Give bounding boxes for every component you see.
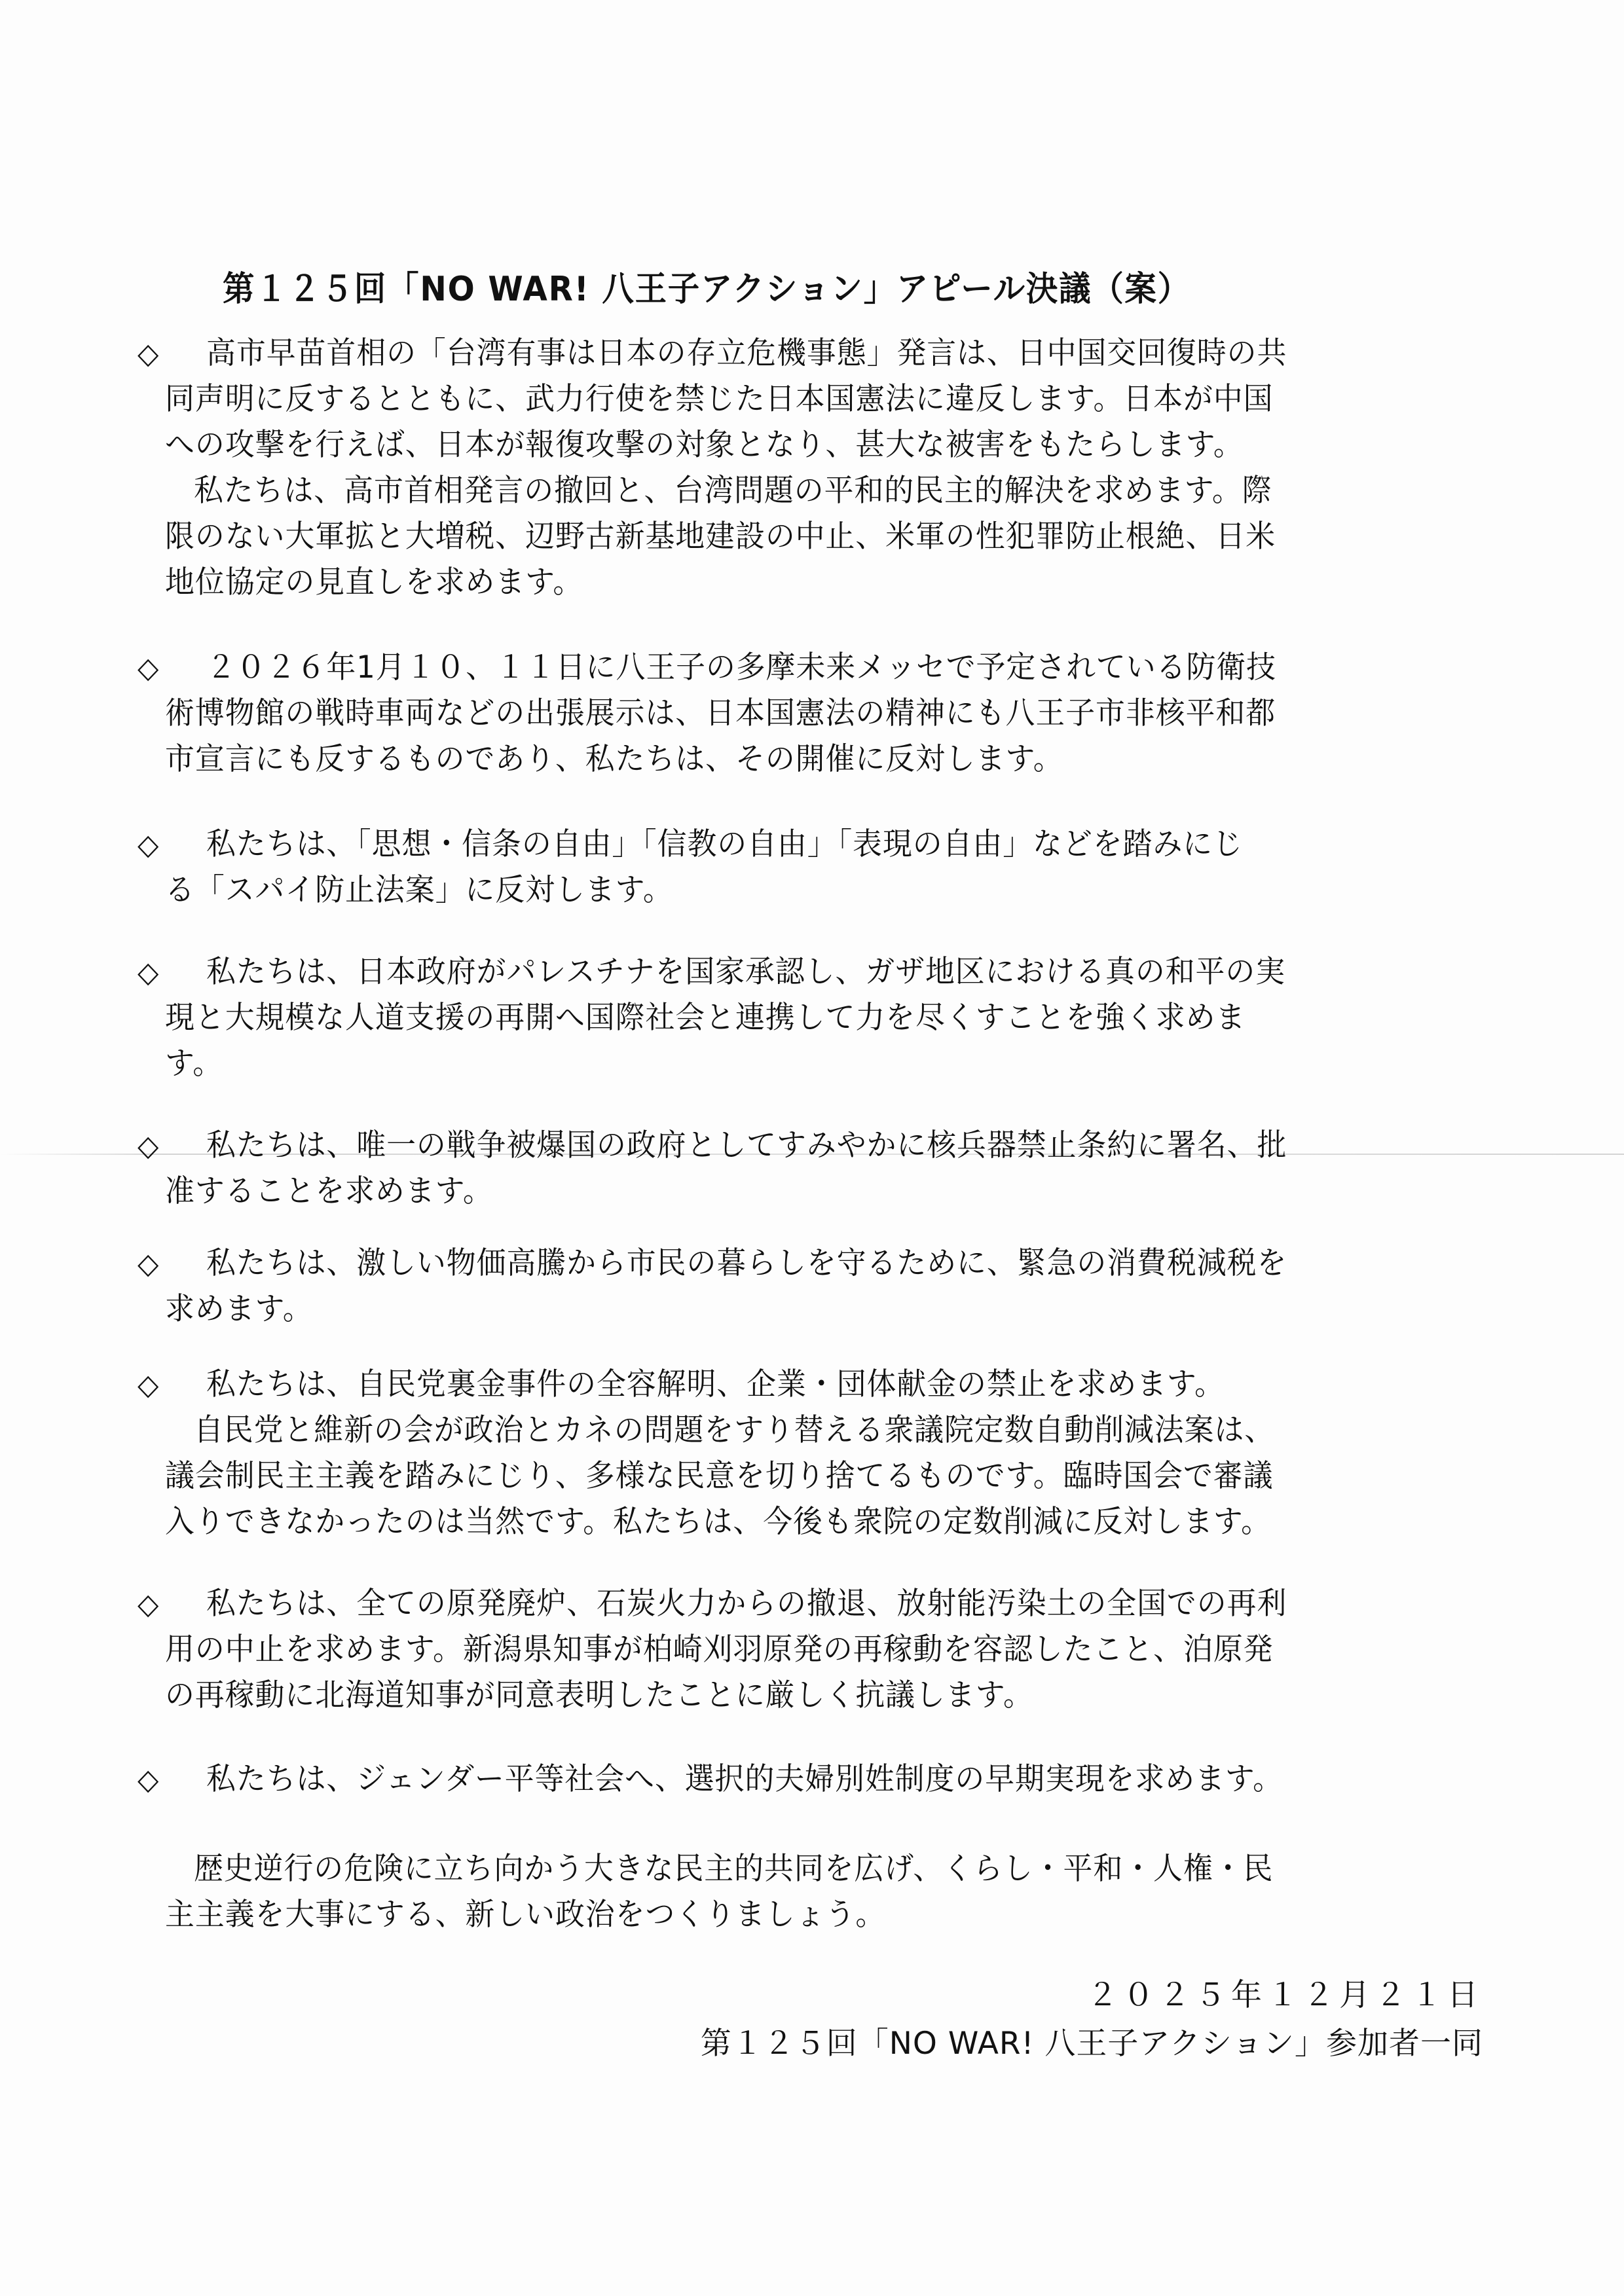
- item-line: 現と大規模な人道支援の再開へ国際社会と連携して力を尽くすことを強く求めま: [138, 995, 1426, 1041]
- item-line: 求めます。: [138, 1286, 1426, 1332]
- document-title: 第１２５回「NO WAR! 八王子アクション」アピール決議（案）: [223, 266, 1356, 312]
- item-line: 私たちは、高市首相発言の撤回と、台湾問題の平和的民主的解決を求めます。際: [138, 468, 1426, 514]
- resolution-item-2: ◇２０２６年1月１０、１１日に八王子の多摩未来メッセで予定されている防衛技 術博…: [138, 645, 1486, 782]
- diamond-bullet-icon: ◇: [138, 1757, 175, 1803]
- item-line: る「スパイ防止法案」に反対します。: [138, 867, 1426, 913]
- diamond-bullet-icon: ◇: [138, 1582, 175, 1628]
- item-line: への攻撃を行えば、日本が報復攻撃の対象となり、甚大な被害をもたらします。: [138, 422, 1426, 468]
- item-line: 地位協定の見直しを求めます。: [138, 560, 1426, 606]
- resolution-item-6: ◇私たちは、激しい物価高騰から市民の暮らしを守るために、緊急の消費税減税を 求め…: [138, 1241, 1486, 1332]
- item-line: 自民党と維新の会が政治とカネの問題をすり替える衆議院定数自動削減法案は、: [138, 1408, 1426, 1453]
- resolution-item-1: ◇高市早苗首相の「台湾有事は日本の存立危機事態」発言は、日中国交回復時の共 同声…: [138, 331, 1486, 606]
- item-line: ◇私たちは、全ての原発廃炉、石炭火力からの撤退、放射能汚染土の全国での再利: [138, 1581, 1426, 1627]
- item-line: の再稼動に北海道知事が同意表明したことに厳しく抗議します。: [138, 1673, 1426, 1719]
- diamond-bullet-icon: ◇: [138, 1241, 175, 1287]
- item-line: 用の中止を求めます。新潟県知事が柏崎刈羽原発の再稼動を容認したこと、泊原発: [138, 1627, 1426, 1673]
- diamond-bullet-icon: ◇: [138, 950, 175, 996]
- item-line: ◇私たちは、唯一の戦争被爆国の政府としてすみやかに核兵器禁止条約に署名、批: [138, 1123, 1426, 1169]
- item-line: す。: [138, 1041, 1426, 1087]
- diamond-bullet-icon: ◇: [138, 822, 175, 868]
- resolution-item-4: ◇私たちは、日本政府がパレスチナを国家承認し、ガザ地区における真の和平の実 現と…: [138, 949, 1486, 1087]
- diamond-bullet-icon: ◇: [138, 646, 175, 691]
- item-line: 議会制民主主義を踏みにじり、多様な民意を切り捨てるものです。臨時国会で審議: [138, 1453, 1426, 1499]
- resolution-item-5: ◇私たちは、唯一の戦争被爆国の政府としてすみやかに核兵器禁止条約に署名、批 准す…: [138, 1123, 1486, 1214]
- diamond-bullet-icon: ◇: [138, 331, 175, 377]
- signature-date: ２０２５年１２月２１日: [1087, 1972, 1483, 2019]
- document-page: 第１２５回「NO WAR! 八王子アクション」アピール決議（案） ◇高市早苗首相…: [0, 0, 1624, 2296]
- item-line: ◇２０２６年1月１０、１１日に八王子の多摩未来メッセで予定されている防衛技: [138, 645, 1426, 691]
- diamond-bullet-icon: ◇: [138, 1362, 175, 1408]
- item-line: ◇高市早苗首相の「台湾有事は日本の存立危機事態」発言は、日中国交回復時の共: [138, 331, 1426, 376]
- diamond-bullet-icon: ◇: [138, 1123, 175, 1169]
- signature-organization: 第１２５回「NO WAR! 八王子アクション」参加者一同: [701, 2020, 1483, 2068]
- item-line: ◇私たちは、「思想・信条の自由」「信教の自由」「表現の自由」などを踏みにじ: [138, 822, 1426, 867]
- item-line: ◇私たちは、ジェンダー平等社会へ、選択的夫婦別姓制度の早期実現を求めます。: [138, 1757, 1426, 1802]
- item-line: ◇私たちは、日本政府がパレスチナを国家承認し、ガザ地区における真の和平の実: [138, 949, 1426, 995]
- resolution-item-9: ◇私たちは、ジェンダー平等社会へ、選択的夫婦別姓制度の早期実現を求めます。: [138, 1757, 1486, 1802]
- resolution-item-7: ◇私たちは、自民党裏金事件の全容解明、企業・団体献金の禁止を求めます。 自民党と…: [138, 1362, 1486, 1545]
- closing-line: 主主義を大事にする、新しい政治をつくりましょう。: [138, 1892, 1426, 1938]
- item-line: 術博物館の戦時車両などの出張展示は、日本国憲法の精神にも八王子市非核平和都: [138, 691, 1426, 737]
- resolution-item-3: ◇私たちは、「思想・信条の自由」「信教の自由」「表現の自由」などを踏みにじ る「…: [138, 822, 1486, 913]
- item-line: 市宣言にも反するものであり、私たちは、その開催に反対します。: [138, 737, 1426, 782]
- item-line: 入りできなかったのは当然です。私たちは、今後も衆院の定数削減に反対します。: [138, 1499, 1426, 1545]
- item-line: 准することを求めます。: [138, 1169, 1426, 1214]
- item-line: ◇私たちは、自民党裏金事件の全容解明、企業・団体献金の禁止を求めます。: [138, 1362, 1426, 1408]
- item-line: 同声明に反するとともに、武力行使を禁じた日本国憲法に違反します。日本が中国: [138, 376, 1426, 422]
- item-line: ◇私たちは、激しい物価高騰から市民の暮らしを守るために、緊急の消費税減税を: [138, 1241, 1426, 1286]
- resolution-item-8: ◇私たちは、全ての原発廃炉、石炭火力からの撤退、放射能汚染土の全国での再利 用の…: [138, 1581, 1486, 1719]
- closing-paragraph: 歴史逆行の危険に立ち向かう大きな民主的共同を広げ、くらし・平和・人権・民 主主義…: [138, 1846, 1486, 1938]
- item-line: 限のない大軍拡と大増税、辺野古新基地建設の中止、米軍の性犯罪防止根絶、日米: [138, 514, 1426, 560]
- closing-line: 歴史逆行の危険に立ち向かう大きな民主的共同を広げ、くらし・平和・人権・民: [138, 1846, 1426, 1892]
